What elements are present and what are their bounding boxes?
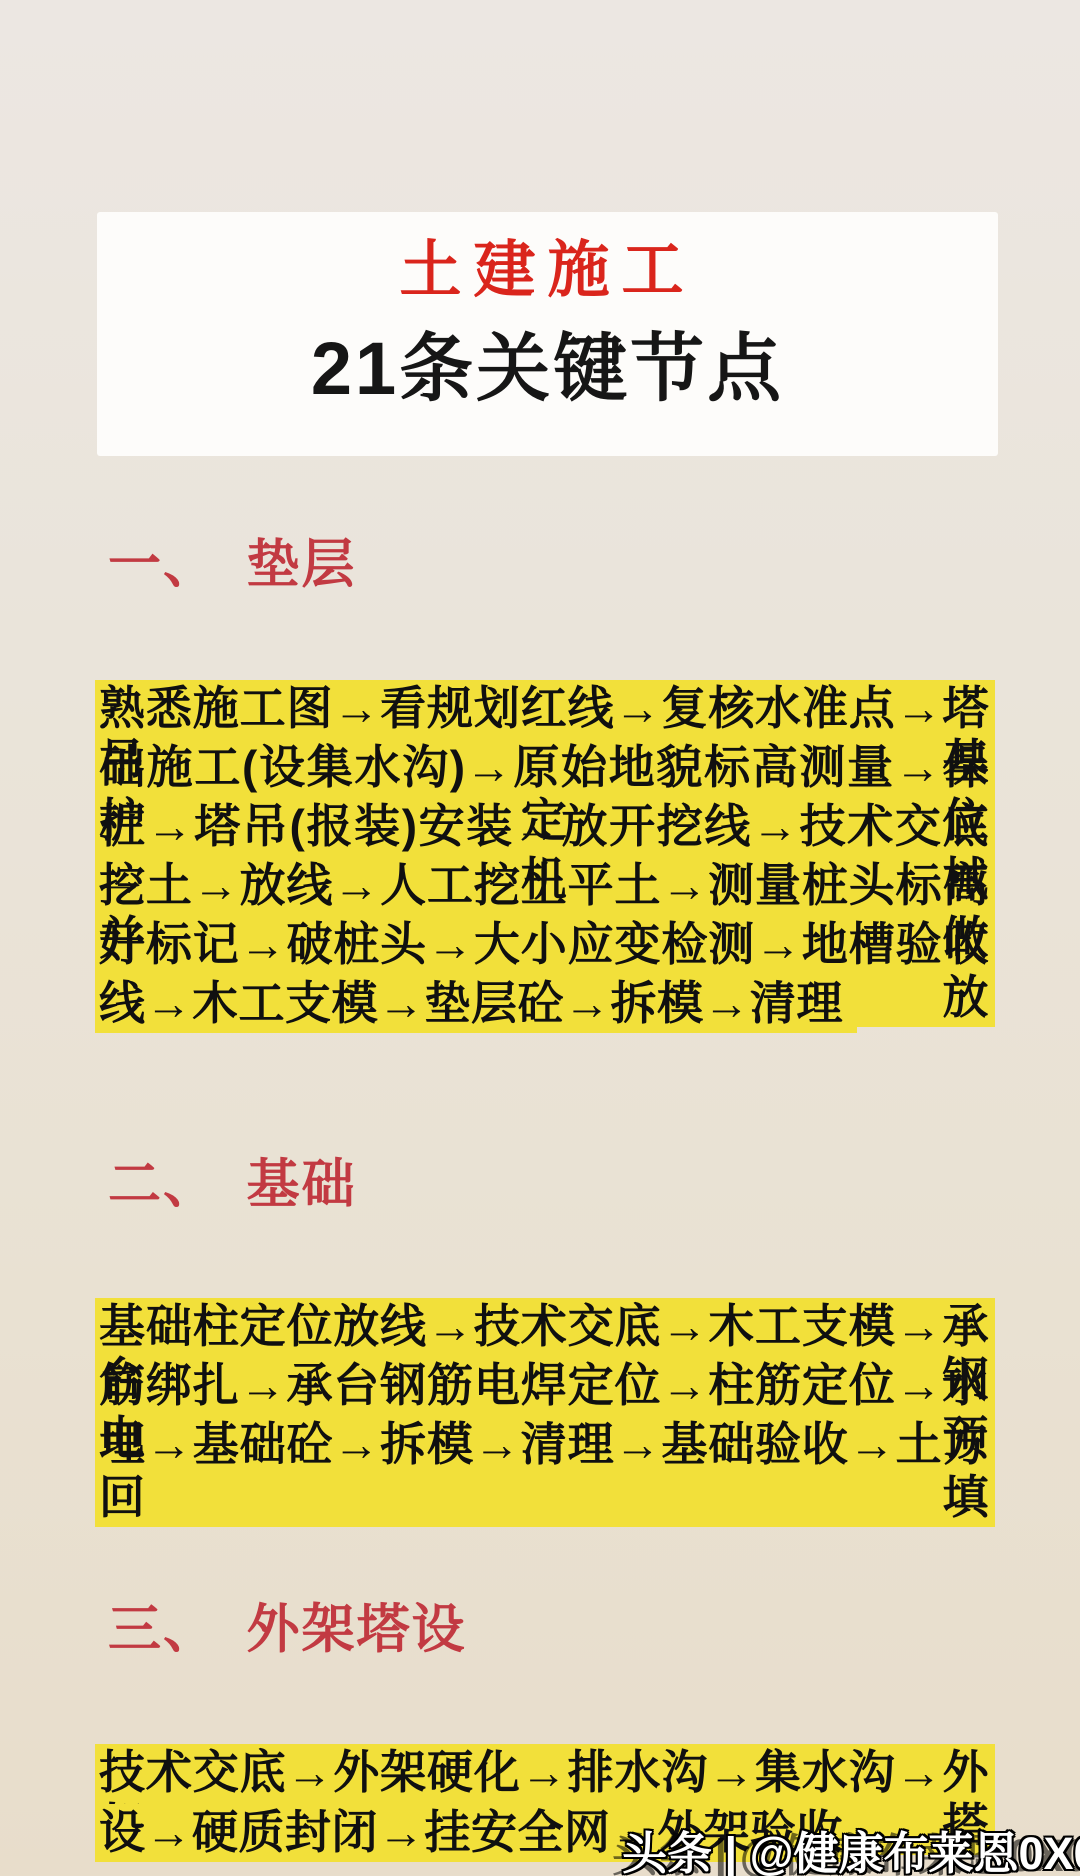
section-3-heading: 三、 外架塔设 [108,1603,467,1656]
section-1-flow: 熟悉施工图→看规划红线→复核水准点→塔吊基 础施工(设集水沟)→原始地貌标高测量… [95,680,995,1034]
highlighted-text: 线→木工支模→垫层砼→拆模→清理 [95,975,857,1033]
section-2-heading: 二、 基础 [108,1158,357,1211]
watermark: 头条 | @健康布莱恩0X0 [622,1817,1080,1876]
section-1-heading: 一、 垫层 [108,538,357,591]
flow-line: 筋绑扎→承台钢筋电焊定位→柱筋定位→水电预 [95,1357,995,1416]
flow-line: 埋→基础砼→拆模→清理→基础验收→土方回填 [95,1416,995,1475]
infographic-canvas: 土建施工 21条关键节点 一、 垫层 熟悉施工图→看规划红线→复核水准点→塔吊基… [0,0,1080,1876]
highlighted-text: 埋→基础砼→拆模→清理→基础验收→土方回填 [95,1416,995,1527]
title-card: 土建施工 21条关键节点 [97,212,998,456]
flow-line: 熟悉施工图→看规划红线→复核水准点→塔吊基 [95,680,995,739]
subtitle: 21条关键节点 [311,332,784,406]
main-title: 土建施工 [399,240,695,302]
flow-line: 桩→塔吊(报装)安装→放开挖线→技术交底→机械 [95,798,995,857]
flow-line: 础施工(设集水沟)→原始地貌标高测量→保护定位 [95,739,995,798]
flow-line: 技术交底→外架硬化→排水沟→集水沟→外架搭 [95,1744,995,1804]
flow-line: 挖土→放线→人工挖土平土→测量桩头标高并做 [95,857,995,916]
flow-line: 好标记→破桩头→大小应变检测→地槽验收→放 [95,916,995,975]
section-2-flow: 基础柱定位放线→技术交底→木工支模→承台钢 筋绑扎→承台钢筋电焊定位→柱筋定位→… [95,1298,995,1475]
flow-line: 基础柱定位放线→技术交底→木工支模→承台钢 [95,1298,995,1357]
